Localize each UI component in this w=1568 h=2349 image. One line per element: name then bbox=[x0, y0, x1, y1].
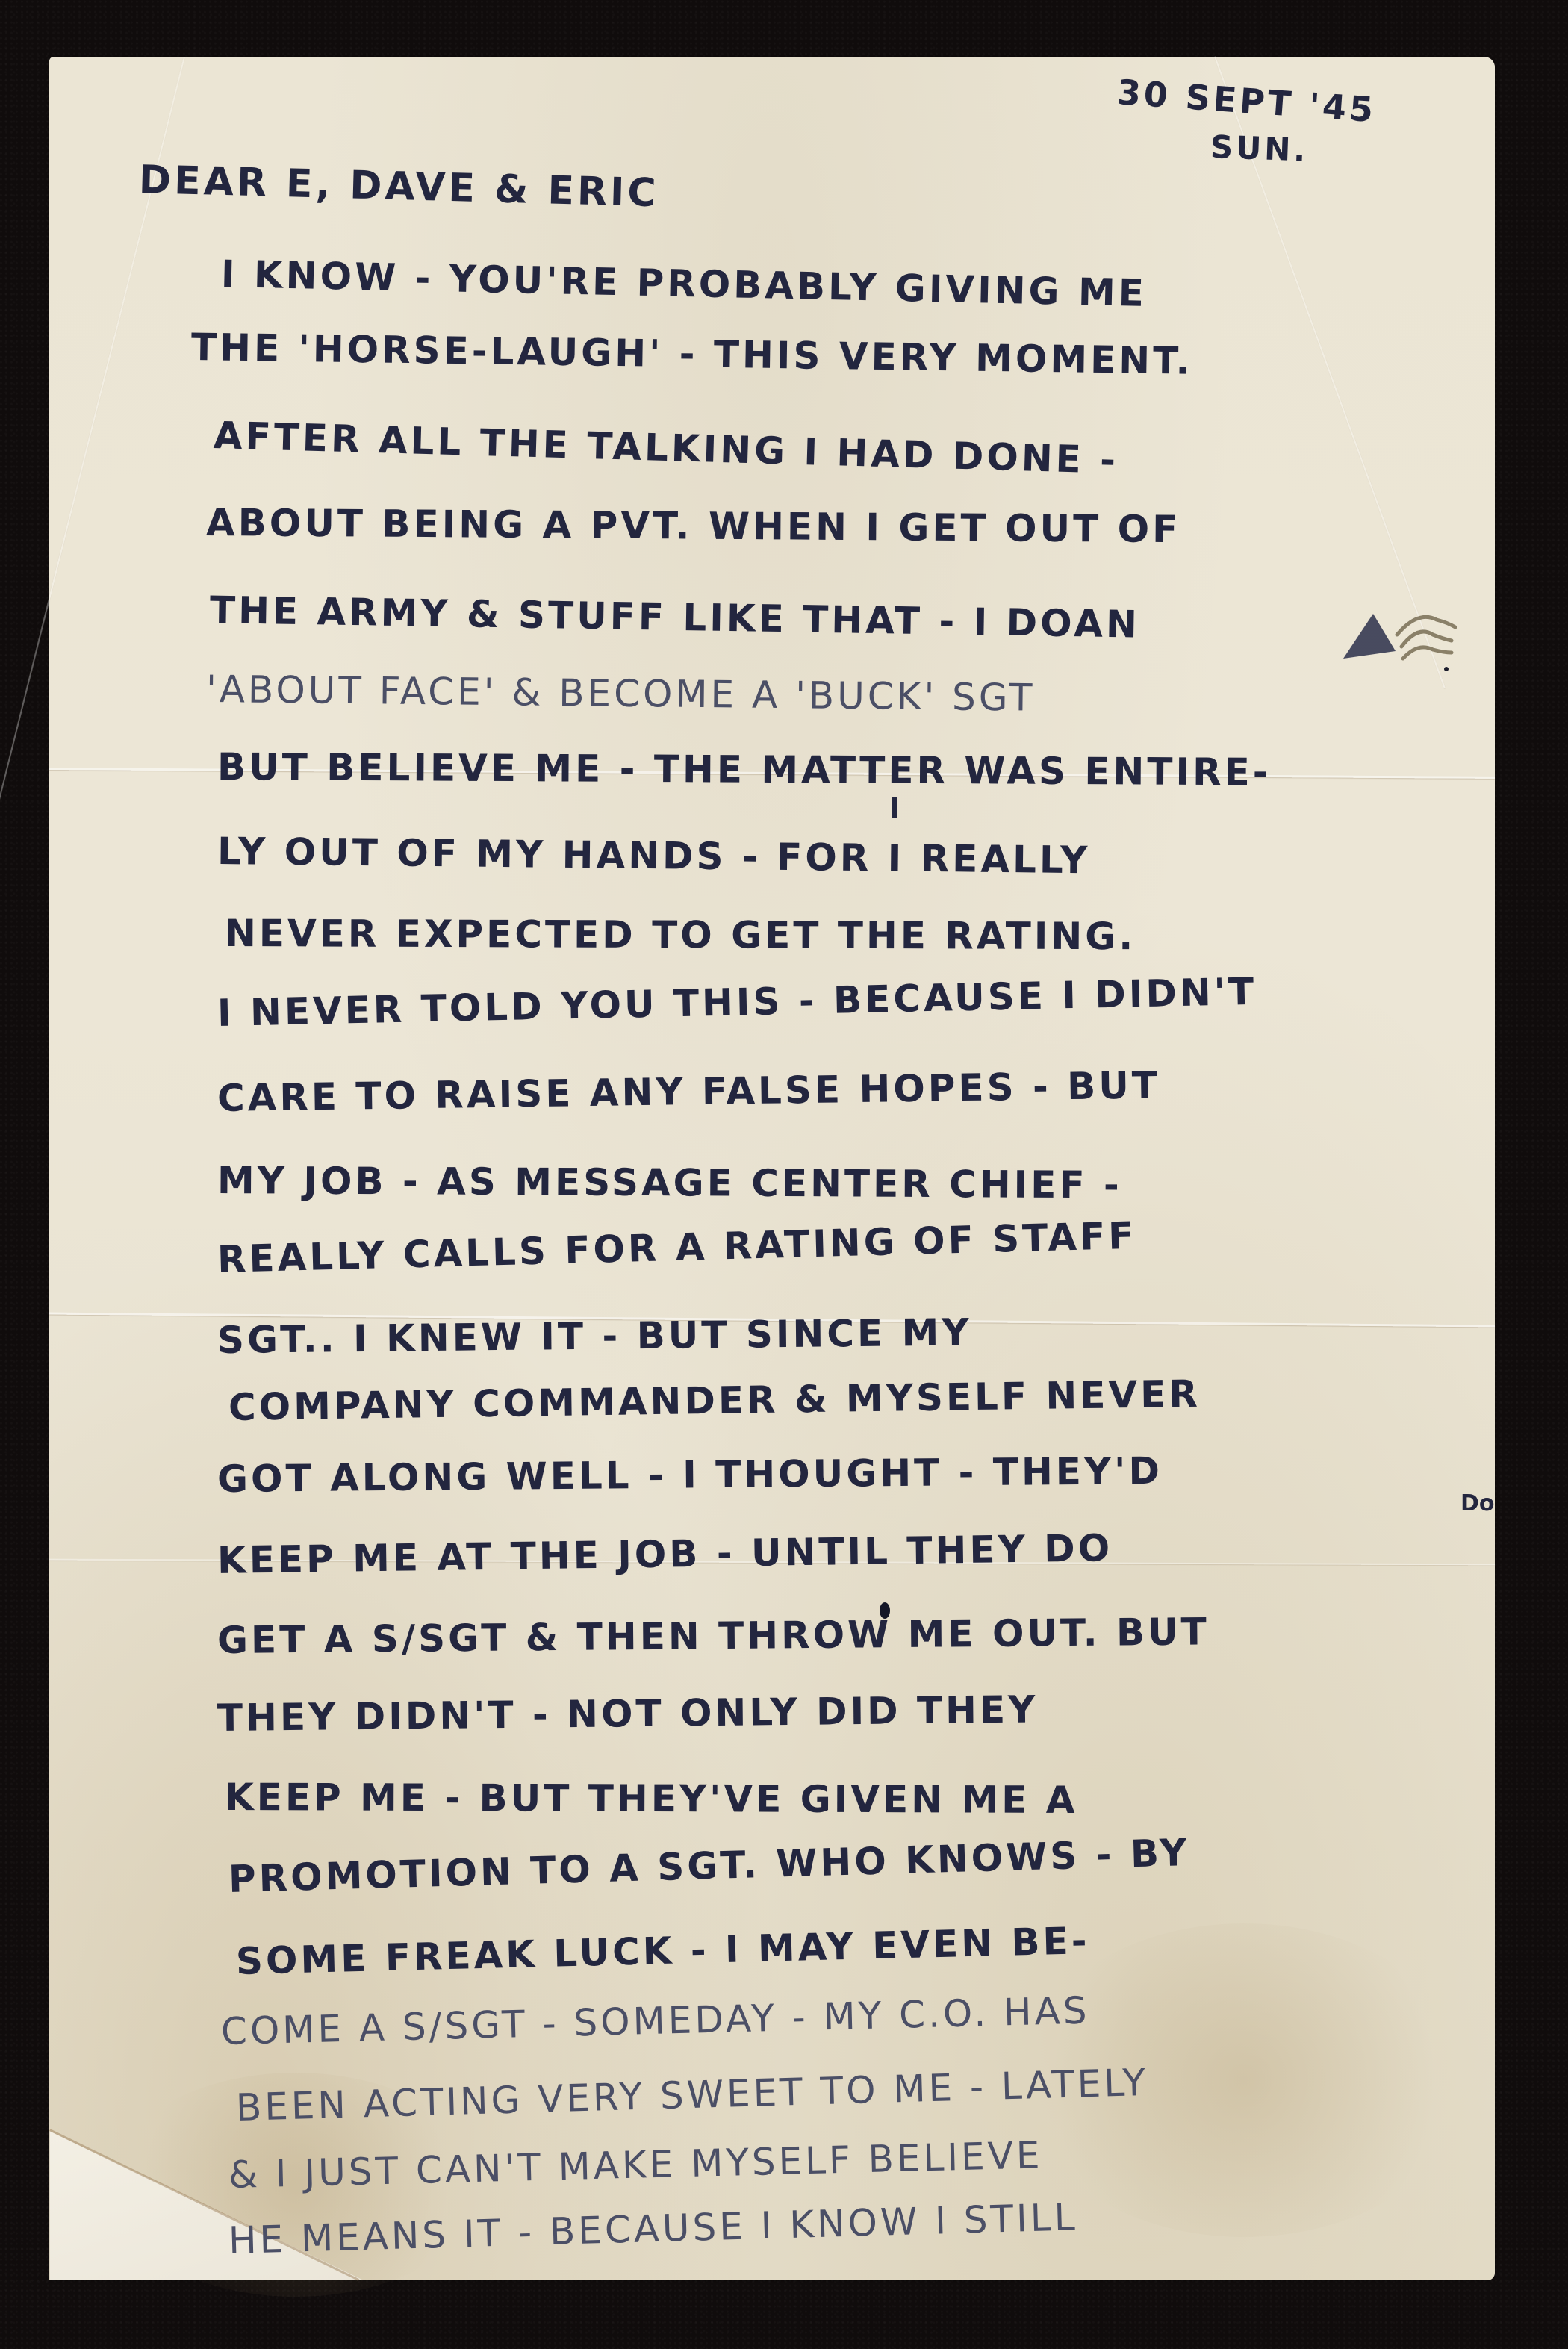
letter-line: some freak luck - I may even be- bbox=[235, 1919, 1090, 1983]
letter-page: 30 Sept '45 Sun. Dear E, Dave & Eric I k… bbox=[49, 57, 1495, 2280]
letter-line: the 'Horse-laugh' - this very moment. bbox=[191, 326, 1193, 383]
letter-line: about being a Pvt. when I get out of bbox=[206, 501, 1181, 551]
letter-line: got along well - I thought - they'd bbox=[217, 1449, 1163, 1501]
letter-line: been acting very sweet to me - lately bbox=[235, 2061, 1149, 2129]
sergeant-chevron-icon bbox=[1343, 606, 1463, 673]
letter-line: care to raise any false hopes - but bbox=[217, 1063, 1161, 1120]
fold-crease bbox=[0, 57, 185, 1071]
letter-day: Sun. bbox=[1210, 128, 1309, 169]
letter-line: they didn't - not only did they bbox=[217, 1687, 1039, 1740]
superscript-insertion: Do bbox=[1460, 1490, 1495, 1516]
letter-line: But believe me - the matter was entire- bbox=[217, 745, 1272, 794]
letter-line: really calls for a rating of staff bbox=[217, 1214, 1137, 1281]
letter-line: company commander & myself never bbox=[228, 1372, 1201, 1429]
letter-line: After all the talking I had done - bbox=[213, 414, 1119, 482]
letter-line: keep me at the job - until they do bbox=[217, 1526, 1113, 1582]
letter-date: 30 Sept '45 bbox=[1116, 72, 1378, 130]
letter-line: get a S/Sgt & then throw me out. But bbox=[217, 1610, 1210, 1662]
letter-line: promotion to a Sgt. Who knows - by bbox=[228, 1831, 1190, 1901]
letter-line: I never told you this - because I didn't bbox=[217, 970, 1257, 1035]
salutation: Dear E, Dave & Eric bbox=[138, 158, 659, 216]
letter-line: I know - you're probably giving me bbox=[220, 252, 1147, 315]
letter-line: never expected to get the rating. bbox=[225, 912, 1136, 958]
insertion-caret: I bbox=[889, 792, 900, 825]
letter-line: come a S/Sgt - someday - My C.O. has bbox=[220, 1989, 1090, 2053]
letter-line: keep me - but they've given me a bbox=[225, 1776, 1078, 1822]
letter-line: the Army & stuff like that - I doan bbox=[210, 588, 1141, 647]
letter-line: ly out of my hands - for I really bbox=[217, 830, 1091, 882]
letter-line: my job - as message center chief - bbox=[217, 1159, 1122, 1207]
letter-line: 'About face' & become a 'Buck' Sgt bbox=[206, 668, 1036, 720]
ink-blot bbox=[880, 1602, 890, 1619]
letter-line: Sgt.. I knew it - but since my bbox=[217, 1310, 972, 1362]
